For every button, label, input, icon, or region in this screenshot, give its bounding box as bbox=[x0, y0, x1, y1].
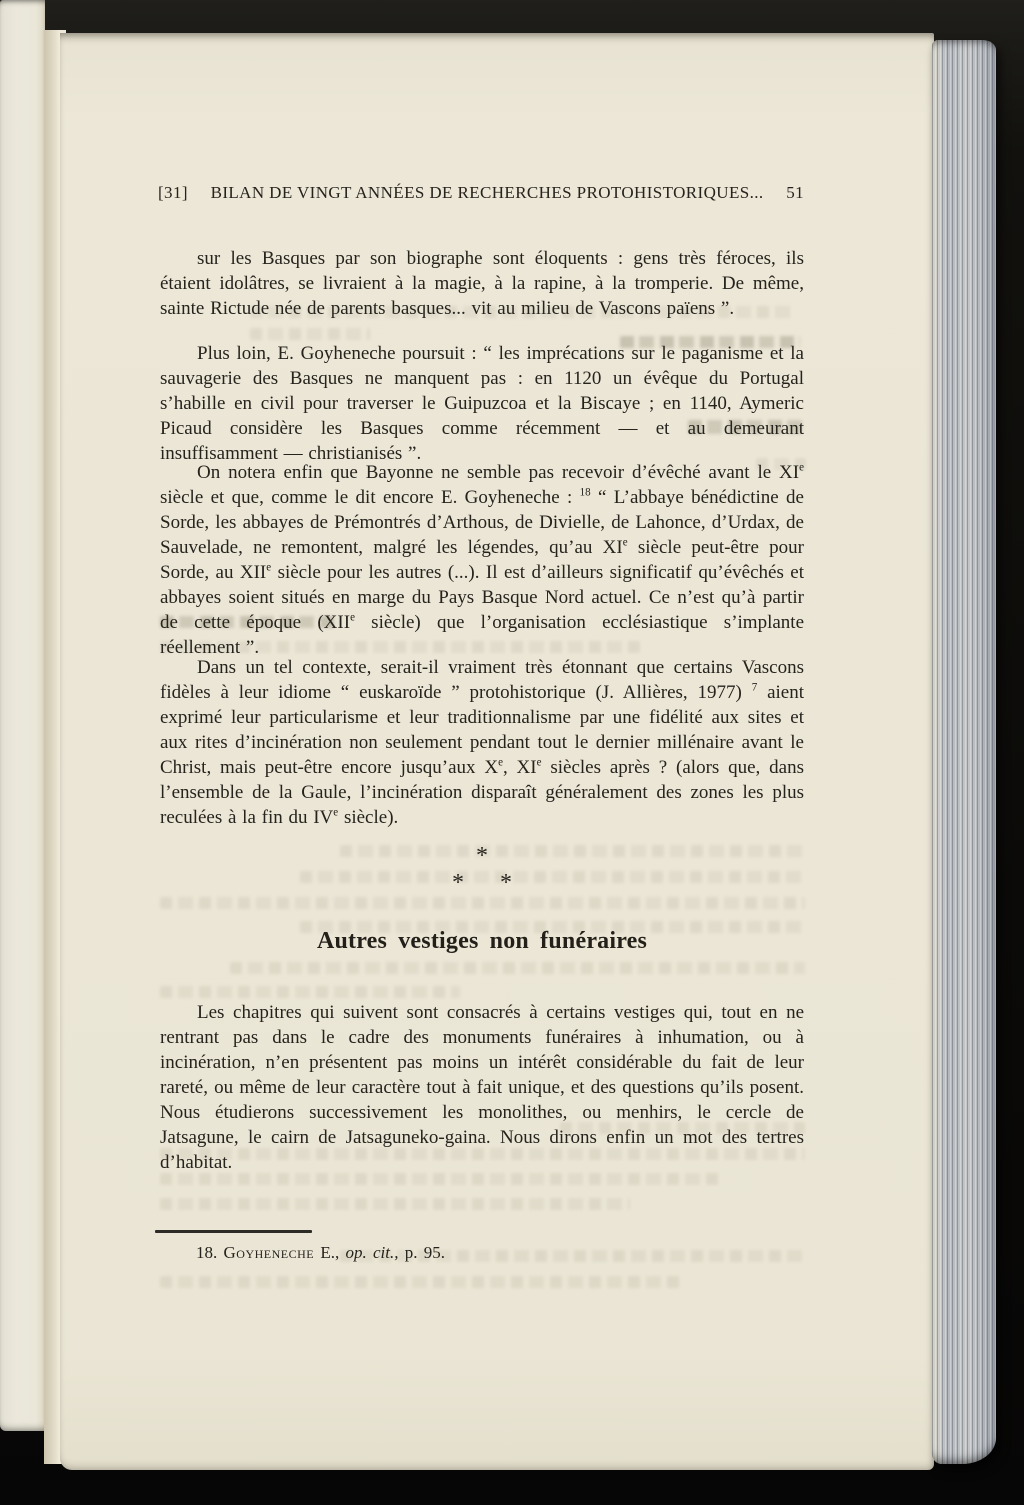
asterisk-pair: * * bbox=[160, 870, 804, 897]
fore-edge-page-stack bbox=[932, 40, 996, 1464]
book-spread-photo: [31] BILAN DE VINGT ANNÉES DE RECHERCHES… bbox=[0, 0, 1024, 1505]
footnote-author: Goyheneche bbox=[224, 1243, 315, 1262]
section-heading: Autres vestiges non funéraires bbox=[160, 928, 804, 955]
footnote-rule bbox=[155, 1230, 312, 1233]
header-page-number: 51 bbox=[786, 183, 804, 203]
section-separator: * * * bbox=[160, 843, 804, 897]
footnote-number: 18. bbox=[196, 1243, 217, 1262]
footnote-citation: op. cit., bbox=[346, 1243, 399, 1262]
facing-page-edge bbox=[0, 0, 45, 1431]
paragraph: Plus loin, E. Goyheneche poursuit : “ le… bbox=[160, 341, 804, 466]
header-citation-number: [31] bbox=[158, 183, 188, 203]
paragraph: On notera enfin que Bayonne ne semble pa… bbox=[160, 460, 804, 660]
header-title: BILAN DE VINGT ANNÉES DE RECHERCHES PROT… bbox=[211, 183, 764, 203]
footnote: 18. Goyheneche E., op. cit., p. 95. bbox=[160, 1243, 804, 1263]
running-header: [31] BILAN DE VINGT ANNÉES DE RECHERCHES… bbox=[158, 183, 804, 203]
footnote-author-initial: E., bbox=[320, 1243, 339, 1262]
footnote-page-ref: p. 95. bbox=[405, 1243, 445, 1262]
paragraph: Les chapitres qui suivent sont consacrés… bbox=[160, 1000, 804, 1175]
paragraph: Dans un tel contexte, serait-il vraiment… bbox=[160, 655, 804, 830]
paragraph: sur les Basques par son biographe sont é… bbox=[160, 246, 804, 321]
asterisk: * bbox=[160, 843, 804, 870]
